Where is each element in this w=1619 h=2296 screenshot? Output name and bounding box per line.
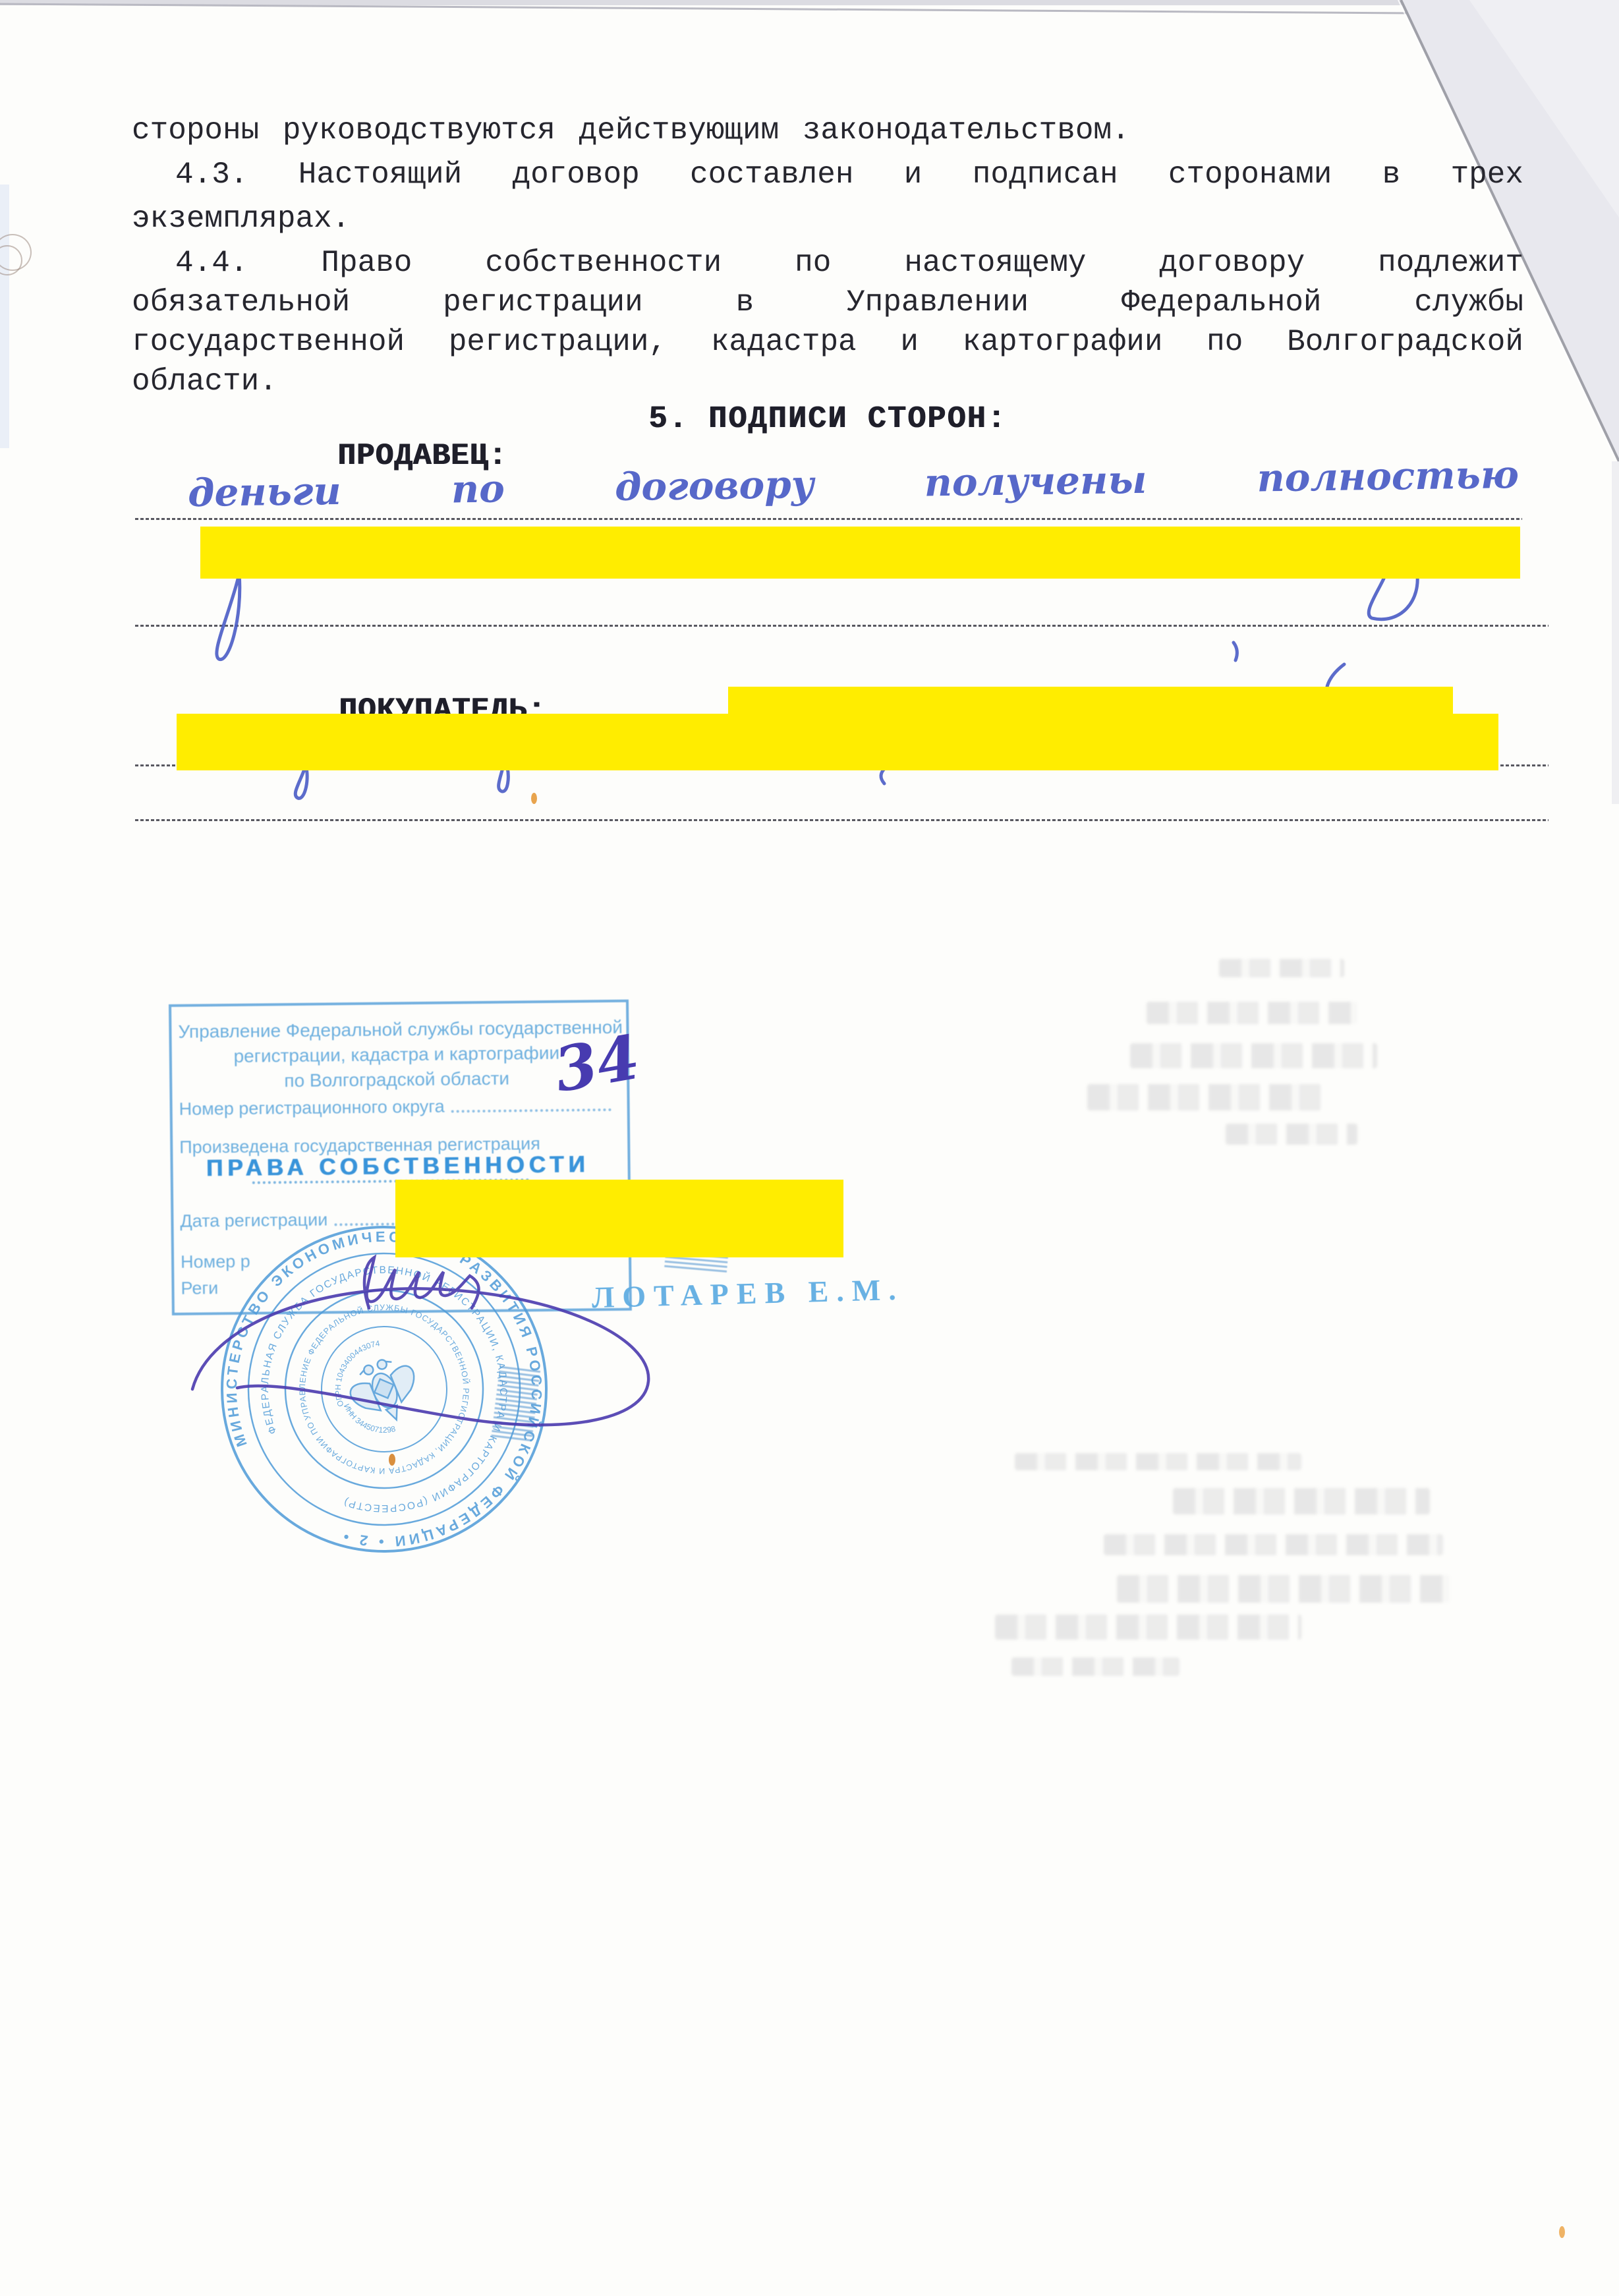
redaction-box-stamp — [395, 1180, 843, 1257]
redaction-box-seller — [200, 527, 1520, 579]
redaction-box-buyer — [177, 714, 1498, 770]
scanned-contract-page: стороны руководствуются действующим зако… — [0, 0, 1619, 2296]
pen-mark — [1234, 643, 1237, 660]
buyer-signature-tail — [295, 766, 307, 798]
pen-strokes-layer — [0, 0, 1619, 2296]
